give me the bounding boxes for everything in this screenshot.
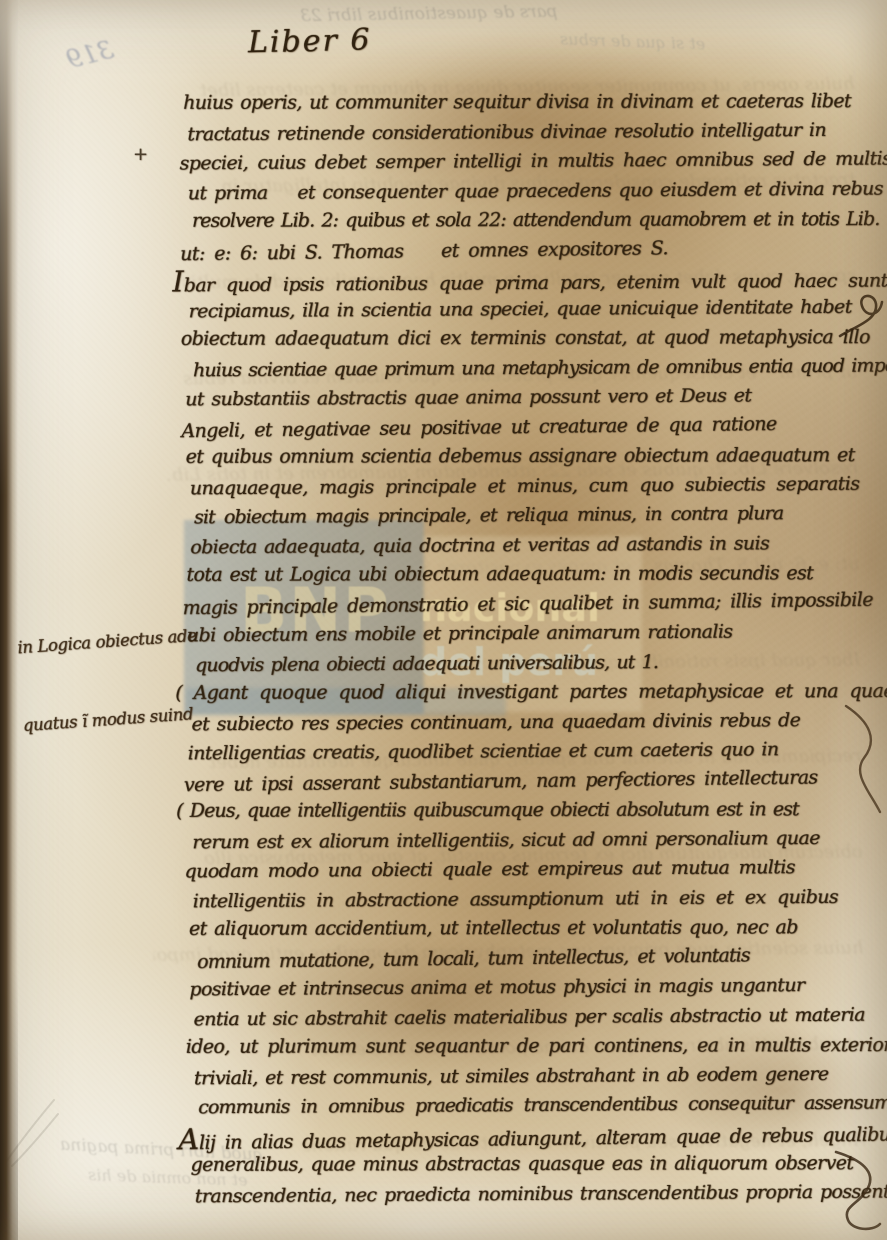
manuscript-line: tractatus retinende considerationibus di…: [187, 115, 863, 149]
manuscript-line: intelligentiis in abstractione assumptio…: [193, 882, 869, 916]
manuscript-scan: huius operis, ut communiter sequitur div…: [0, 0, 887, 1240]
manuscript-line: resolvere Lib. 2: quibus et sola 22: att…: [192, 205, 864, 236]
manuscript-line: sit obiectum magis principale, et reliqu…: [194, 499, 866, 533]
page-title: Liber 6: [248, 23, 372, 61]
manuscript-line: ( Agant quoque quod aliqui investigant p…: [175, 677, 867, 708]
manuscript-line: tota est ut Logica ubi obiectum adaequat…: [186, 559, 866, 590]
manuscript-line: transcendentia, nec praedicta nominibus …: [195, 1177, 871, 1211]
manuscript-text-block: huius operis, ut communiter sequitur div…: [183, 86, 871, 1212]
manuscript-line: speciei, cuius debet semper intelligi in…: [180, 145, 864, 179]
manuscript-line: generalibus, quae minus abstractas quasq…: [191, 1149, 871, 1180]
manuscript-line: obiecta adaequata, quia doctrina et veri…: [190, 528, 866, 562]
plus-mark: +: [133, 144, 148, 165]
manuscript-line: ideo, ut plurimum sunt sequantur de pari…: [186, 1031, 870, 1062]
manuscript-line: entia ut sic abstrahit caelis materialib…: [193, 1000, 869, 1034]
manuscript-line: quodvis plena obiecti adaequati universa…: [195, 646, 867, 680]
bleedthrough-top-line: et si qua de rebus: [560, 29, 706, 53]
manuscript-line: recipiamus, illa in scientia una speciei…: [189, 292, 865, 326]
manuscript-line: unaquaeque, magis principale et minus, c…: [190, 469, 866, 503]
manuscript-line: obiectum adaequatum dici ex terminis con…: [181, 323, 865, 354]
manuscript-line: et quibus omnium scientia debemus assign…: [186, 441, 866, 472]
manuscript-line: et aliquorum accidentium, ut intellectus…: [189, 913, 869, 944]
manuscript-line: huius operis, ut communiter sequitur div…: [183, 87, 863, 118]
manuscript-line: rerum est ex aliorum intelligentiis, sic…: [192, 823, 868, 857]
manuscript-line: et subiecto res species continuam, una q…: [191, 705, 867, 739]
manuscript-line: ut prima et consequenter quae praecedens…: [188, 174, 864, 208]
manuscript-line: ( Deus, quae intelligentiis quibuscumque…: [176, 795, 868, 826]
manuscript-line: huius scientiae quae primum una metaphys…: [193, 351, 865, 385]
manuscript-line: triviali, et rest communis, ut similes a…: [194, 1059, 870, 1093]
margin-scribble: [2, 1092, 62, 1172]
manuscript-line: quodam modo una obiecti quale est empire…: [184, 853, 868, 887]
folio-number-bleedthrough: 319: [63, 35, 116, 75]
